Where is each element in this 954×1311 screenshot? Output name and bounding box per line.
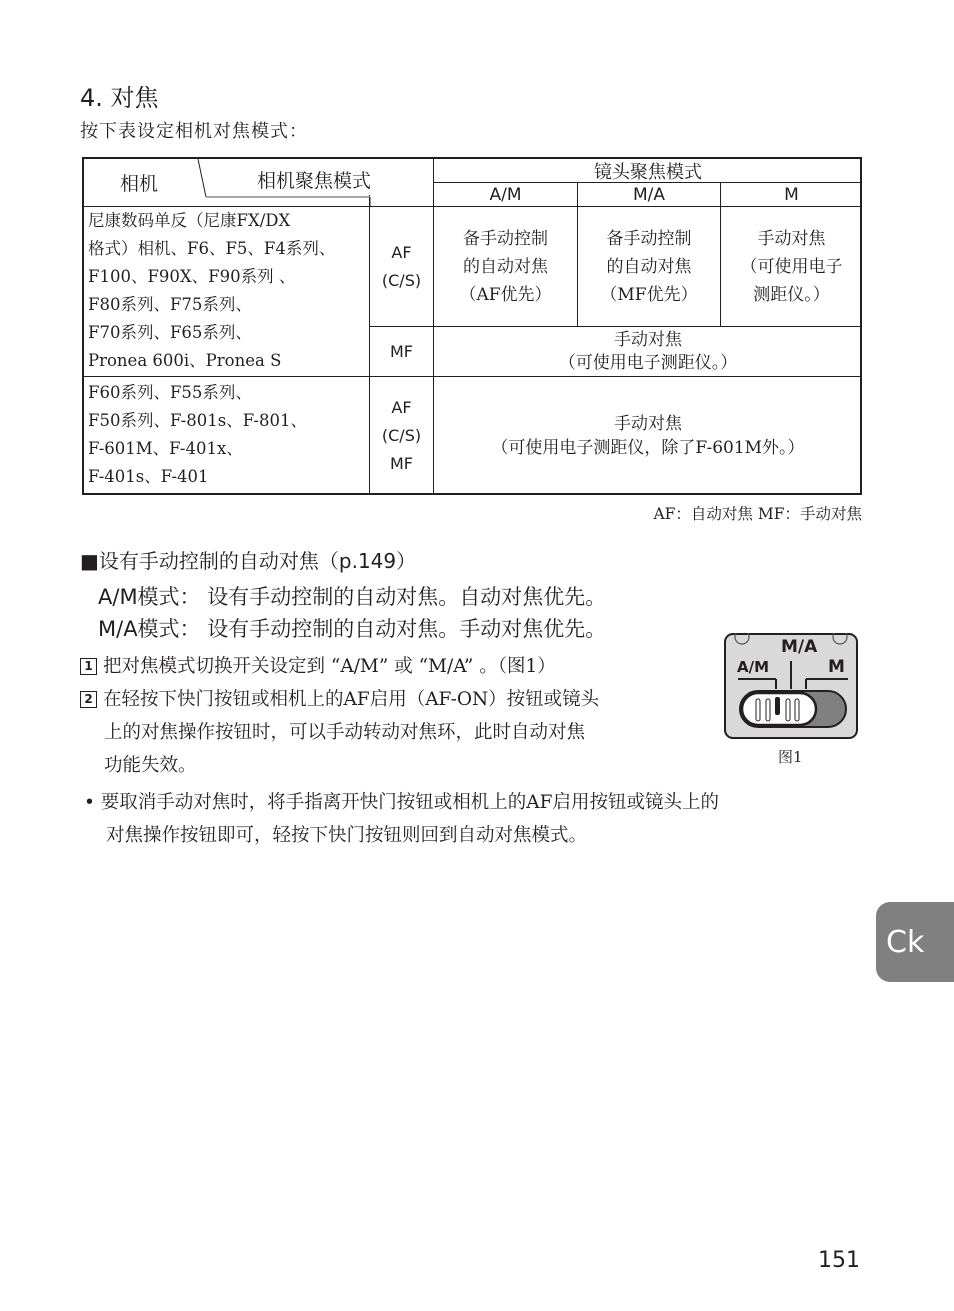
header-lens-focus-mode: 镜头聚焦模式: [434, 159, 862, 182]
step-number-1: 1: [80, 658, 97, 675]
label-ma: M/A: [781, 637, 817, 657]
header-am: A/M: [434, 183, 577, 206]
cell-row2-merged: 手动对焦 （可使用电子测距仪，除了F-601M外。）: [434, 377, 862, 495]
focus-mode-table: 相机 相机聚焦模式 镜头聚焦模式 A/M M/A M 尼康数码单反（尼康FX/D…: [82, 157, 862, 495]
step-1: 1把对焦模式切换开关设定到 “A/M” 或 “M/A” 。（图1）: [80, 650, 710, 683]
header-camera: 相机: [84, 159, 194, 206]
mode-af-cs: AF (C/S): [370, 207, 433, 326]
subsection-title: ■设有手动控制的自动对焦（p.149）: [80, 545, 416, 574]
header-camera-focus-mode: 相机聚焦模式: [234, 159, 394, 199]
cell-mf-merged: 手动对焦 （可使用电子测距仪。）: [434, 327, 862, 376]
camera-list-2: F60系列、F55系列、 F50系列、F-801s、F-801、 F-601M、…: [84, 379, 369, 491]
mode-mf: MF: [370, 327, 433, 376]
table-legend: AF：自动对焦 MF：手动对焦: [653, 502, 862, 524]
camera-list-1: 尼康数码单反（尼康FX/DX 格式）相机、F6、F5、F4系列、 F100、F9…: [84, 207, 369, 375]
intro-text: 按下表设定相机对焦模式：: [80, 117, 308, 143]
step-number-2: 2: [80, 691, 97, 708]
section-title: 4. 对焦: [80, 78, 159, 113]
step-2: 2在轻按下快门按钮或相机上的AF启用（AF-ON）按钮或镜头 上的对焦操作按钮时…: [80, 683, 710, 782]
header-ma: M/A: [578, 183, 720, 206]
page-number: 151: [818, 1248, 860, 1273]
ma-mode-text: M/A模式： 设有手动控制的自动对焦。手动对焦优先。: [98, 613, 606, 643]
cell-ma-af: 备手动控制 的自动对焦 （MF优先）: [578, 207, 720, 326]
cell-m-af: 手动对焦 （可使用电子 测距仪。）: [721, 207, 862, 326]
language-tab: Ck: [876, 902, 954, 982]
focus-mode-switch-illustration: A/M M/A M: [724, 633, 858, 739]
note-bullet: • 要取消手动对焦时，将手指离开快门按钮或相机上的AF启用按钮或镜头上的 对焦操…: [84, 786, 874, 852]
label-am: A/M: [737, 658, 769, 676]
cell-am-af: 备手动控制 的自动对焦 （AF优先）: [434, 207, 577, 326]
am-mode-text: A/M模式： 设有手动控制的自动对焦。自动对焦优先。: [98, 581, 606, 611]
figure-caption: 图1: [778, 746, 803, 767]
header-m: M: [721, 183, 862, 206]
mode-af-cs-mf: AF (C/S) MF: [370, 377, 433, 495]
label-m: M: [828, 657, 845, 677]
